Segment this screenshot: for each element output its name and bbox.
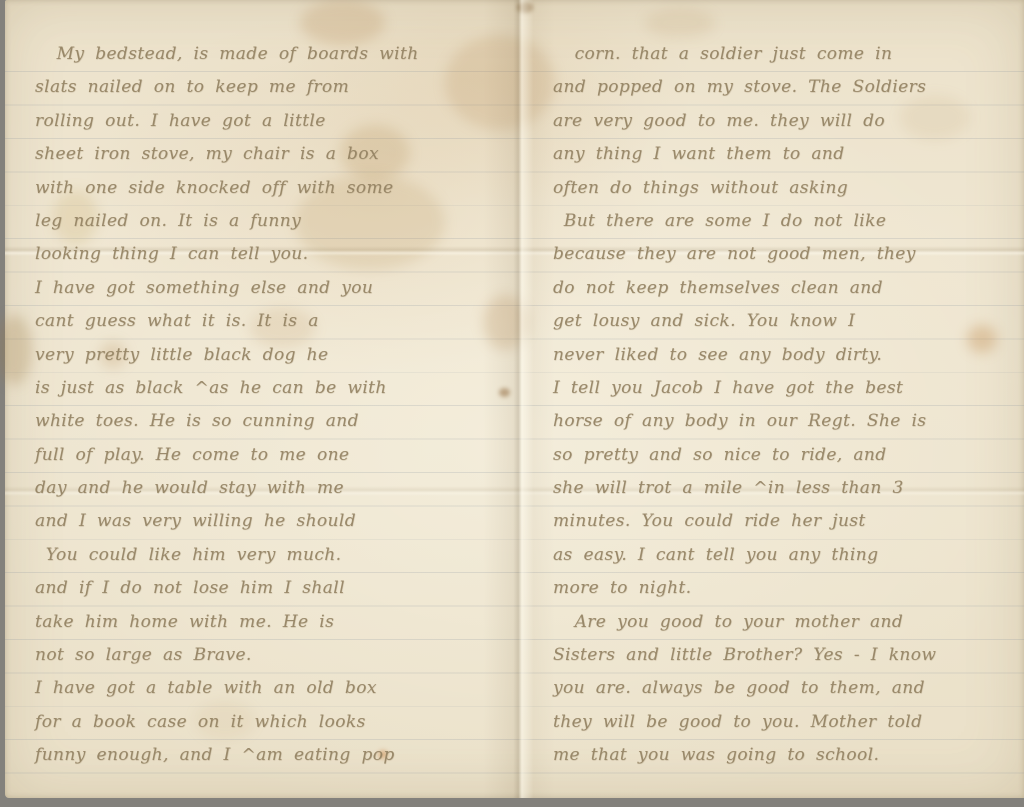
handwriting-line: for a book case on it which looks (35, 706, 505, 739)
handwriting-line: because they are not good men, they (553, 238, 1023, 271)
handwriting-line: is just as black ^as he can be with (35, 372, 505, 405)
page-left: My bedstead, is made of boards withslats… (35, 38, 505, 773)
stain (645, 8, 715, 38)
letter-scan: My bedstead, is made of boards withslats… (0, 0, 1024, 807)
handwriting-line: more to night. (553, 572, 1023, 605)
handwriting-line: slats nailed on to keep me from (35, 71, 505, 104)
handwriting-line: But there are some I do not like (553, 205, 1023, 238)
handwriting-line: funny enough, and I ^am eating pop (35, 739, 505, 772)
handwriting-line: do not keep themselves clean and (553, 272, 1023, 305)
handwriting-line: I have got something else and you (35, 272, 505, 305)
handwriting-line: never liked to see any body dirty. (553, 339, 1023, 372)
paper-sheet: My bedstead, is made of boards withslats… (5, 0, 1024, 798)
handwriting-line: white toes. He is so cunning and (35, 405, 505, 438)
handwriting-line: corn. that a soldier just come in (553, 38, 1023, 71)
handwriting-line: not so large as Brave. (35, 639, 505, 672)
page-right: corn. that a soldier just come inand pop… (553, 38, 1023, 773)
handwriting-line: and I was very willing he should (35, 505, 505, 538)
handwriting-line: I have got a table with an old box (35, 672, 505, 705)
stain (517, 2, 533, 13)
handwriting-line: minutes. You could ride her just (553, 505, 1023, 538)
handwriting-line: You could like him very much. (35, 539, 505, 572)
handwriting-line: very pretty little black dog he (35, 339, 505, 372)
handwriting-line: so pretty and so nice to ride, and (553, 439, 1023, 472)
handwriting-line: full of play. He come to me one (35, 439, 505, 472)
handwriting-line: horse of any body in our Regt. She is (553, 405, 1023, 438)
handwriting-line: and if I do not lose him I shall (35, 572, 505, 605)
handwriting-line: sheet iron stove, my chair is a box (35, 138, 505, 171)
handwriting-line: and popped on my stove. The Soldiers (553, 71, 1023, 104)
handwriting-line: cant guess what it is. It is a (35, 305, 505, 338)
handwriting-line: I tell you Jacob I have got the best (553, 372, 1023, 405)
handwriting-line: me that you was going to school. (553, 739, 1023, 772)
handwriting-line: get lousy and sick. You know I (553, 305, 1023, 338)
handwriting-line: looking thing I can tell you. (35, 238, 505, 271)
handwriting-line: are very good to me. they will do (553, 105, 1023, 138)
handwriting-line: take him home with me. He is (35, 606, 505, 639)
handwriting-line: as easy. I cant tell you any thing (553, 539, 1023, 572)
stain (0, 315, 32, 385)
handwriting-line: with one side knocked off with some (35, 172, 505, 205)
handwriting-line: Sisters and little Brother? Yes - I know (553, 639, 1023, 672)
handwriting-line: leg nailed on. It is a funny (35, 205, 505, 238)
handwriting-line: day and he would stay with me (35, 472, 505, 505)
handwriting-line: rolling out. I have got a little (35, 105, 505, 138)
handwriting-line: any thing I want them to and (553, 138, 1023, 171)
handwriting-line: Are you good to your mother and (553, 606, 1023, 639)
handwriting-line: often do things without asking (553, 172, 1023, 205)
handwriting-line: she will trot a mile ^in less than 3 (553, 472, 1023, 505)
handwriting-line: My bedstead, is made of boards with (35, 38, 505, 71)
handwriting-line: they will be good to you. Mother told (553, 706, 1023, 739)
handwriting-line: you are. always be good to them, and (553, 672, 1023, 705)
